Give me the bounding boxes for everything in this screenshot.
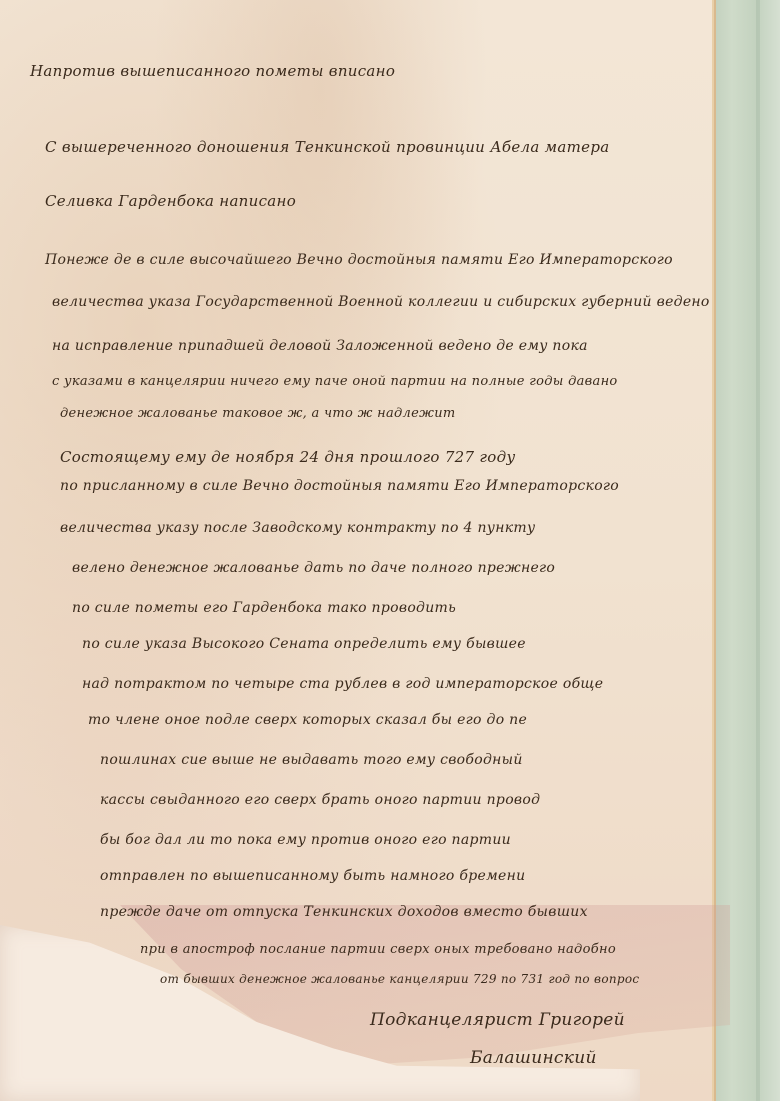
manuscript-line: при в апостроф послание партии сверх оны…: [140, 942, 616, 957]
manuscript-page: Напротив вышеписанного пометы вписаноС в…: [0, 0, 712, 1101]
backing-edge: [756, 0, 760, 1101]
manuscript-line: прежде даче от отпуска Тенкинских доходо…: [100, 904, 588, 920]
manuscript-line: по силе пометы его Гарденбока тако прово…: [72, 600, 456, 616]
manuscript-line: по силе указа Высокого Сената определить…: [82, 636, 526, 652]
manuscript-line: Состоящему ему де ноября 24 дня прошлого…: [60, 448, 515, 466]
manuscript-line: величества указа Государственной Военной…: [52, 294, 710, 310]
manuscript-line: Напротив вышеписанного пометы вписано: [30, 62, 395, 80]
manuscript-line: бы бог дал ли то пока ему против оного е…: [100, 832, 511, 848]
manuscript-line: величества указу после Заводскому контра…: [60, 520, 535, 536]
manuscript-line: с указами в канцелярии ничего ему паче о…: [52, 374, 618, 389]
manuscript-line: денежное жалованье таковое ж, а что ж на…: [60, 406, 456, 421]
manuscript-line: отправлен по вышеписанному быть намного …: [100, 868, 525, 884]
manuscript-line: С вышереченного доношения Тенкинской про…: [45, 138, 610, 156]
manuscript-line: по присланному в силе Вечно достойныя па…: [60, 478, 619, 494]
manuscript-line: кассы свыданного его сверх брать оного п…: [100, 792, 540, 808]
manuscript-line: от бывших денежное жалованье канцелярии …: [160, 972, 639, 986]
manuscript-line: Понеже де в силе высочайшего Вечно досто…: [45, 252, 673, 268]
manuscript-line: пошлинах сие выше не выдавать того ему с…: [100, 752, 523, 768]
signature-name: Балашинский: [470, 1048, 597, 1068]
manuscript-line: Селивка Гарденбока написано: [45, 192, 296, 210]
manuscript-line: на исправление припадшей деловой Заложен…: [52, 338, 588, 354]
manuscript-line: то члене оное подле сверх которых сказал…: [88, 712, 527, 728]
manuscript-line: велено денежное жалованье дать по даче п…: [72, 560, 555, 576]
manuscript-line: над потрактом по четыре ста рублев в год…: [82, 676, 603, 692]
signature-title: Подканцелярист Григорей: [370, 1010, 625, 1030]
